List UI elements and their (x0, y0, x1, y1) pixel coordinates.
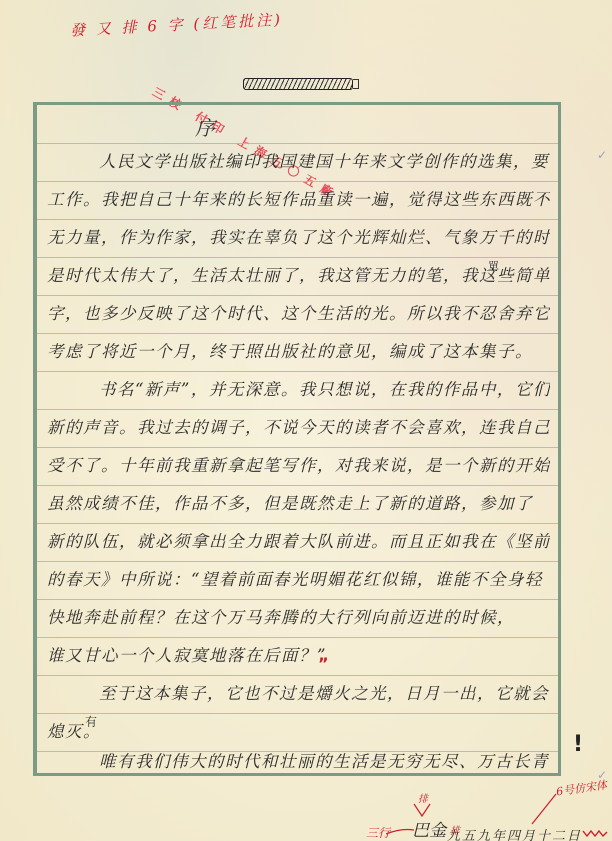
text-line: 的春天》中所说：“望着前面春光明媚花红似锦，谁能不全身轻 (47, 561, 550, 599)
text-line: 书名“新声”，并无深意。我只想说，在我的作品中，它们是 (47, 371, 550, 409)
text-line: 虽然成绩不佳，作品不多，但是既然走上了新的道路，参加了 (47, 485, 550, 523)
red-pointer-line-icon (528, 792, 558, 828)
red-note-font-size: 6号仿宋体 (555, 777, 608, 800)
text-line: 快地奔赴前程？在这个万马奔腾的大行列向前迈进的时候， (47, 599, 550, 637)
insertion-mark: 單 (488, 258, 499, 274)
text-line: 新的声音。我过去的调子，不说今天的读者不会喜欢，连我自己也 (47, 409, 550, 447)
text-line: 唯有我们伟大的时代和壮丽的生活是无穷无尽、万古长青！ (47, 743, 550, 781)
date-text: 一九五九年四月十二日 (432, 825, 582, 841)
text-line: 字，也多少反映了这个时代、这个生活的光。所以我不忍舍弃它们。我 (47, 295, 550, 333)
ruled-frame: 人民文学出版社编印我国建国十年来文学创作的选集，要我参加这个 工作。我把自己十年… (33, 102, 561, 776)
text-line: 至于这本集子，它也不过是爝火之光，日月一出，它就会被 (47, 675, 550, 713)
exclamation-mark: ! (573, 732, 583, 757)
text-line: 考虑了将近一个月，终于照出版社的意见，编成了这本集子。 (47, 333, 550, 371)
text-line: 受不了。十年前我重新拿起笔写作，对我来说，是一个新的开始。 (47, 447, 550, 485)
red-quote-mark: ” (318, 654, 329, 673)
top-red-annotation: 發 又 排 6 字 (红笔批注) (70, 8, 284, 40)
red-wave-mark-icon (582, 828, 608, 838)
text-line: 新的队伍，就必须拿出全力跟着大队前进。而且正如我在《坚前 (47, 523, 550, 561)
text-line: 工作。我把自己十年来的长短作品重读一遍，觉得这些东西既不深刻，又 (47, 181, 550, 219)
text-line: 无力量，作为作家，我实在辜负了这个光辉灿烂、气象万千的时代。但 (47, 219, 550, 257)
title-placeholder-bar (243, 78, 353, 90)
manuscript-page: 發 又 排 6 字 (红笔批注) 三校 付印 上海五〇五廠 人民文学出版社编印我… (0, 0, 612, 841)
text-line: 是时代太伟大了，生活太壮丽了，我这管无力的笔，我这些简单的文 (47, 257, 550, 295)
page-heading: 序 (195, 112, 215, 141)
text-line: 谁又甘心一个人寂寞地落在后面？” (47, 637, 550, 675)
text-line: 人民文学出版社编印我国建国十年来文学创作的选集，要我参加这个 (47, 143, 550, 181)
check-mark-icon: ✓ (597, 148, 607, 162)
signature-area: 三行 排 巴金 排 一九五九年四月十二日 6号仿宋体 (0, 780, 612, 841)
insertion-mark: 有 (85, 713, 97, 730)
